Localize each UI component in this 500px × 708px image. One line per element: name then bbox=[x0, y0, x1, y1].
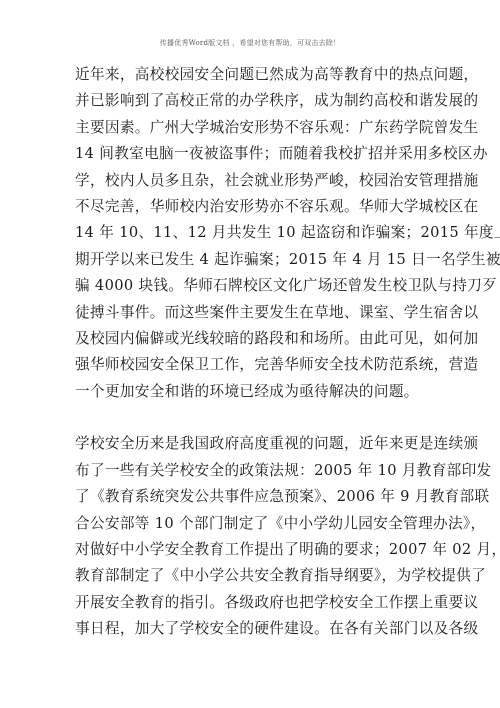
page-header-notice: 传播优秀Word版文档 ，希望对您有帮助，可双击去除！ bbox=[0, 38, 500, 48]
document-body: 近年来，高校校园安全问题已然成为高等教育中的热点问题， 并已影响到了高校正常的办… bbox=[75, 62, 431, 643]
text-line: 不尽完善，华师校内治安形势亦不容乐观。华师大学城校区在 bbox=[75, 194, 431, 220]
text-line: 14 间教室电脑一夜被盗事件；而随着我校扩招并采用多校区办 bbox=[75, 141, 431, 167]
text-line: 对做好中小学安全教育工作提出了明确的要求；2007 年 02 月， bbox=[75, 537, 431, 563]
text-line: 布了一些有关学校安全的政策法规：2005 年 10 月教育部印发 bbox=[75, 458, 431, 484]
paragraph-government-policies: 学校安全历来是我国政府高度重视的问题，近年来更是连续颁 布了一些有关学校安全的政… bbox=[75, 431, 431, 642]
text-line: 并已影响到了高校正常的办学秩序，成为制约高校和谐发展的 bbox=[75, 88, 431, 114]
text-line: 事日程，加大了学校安全的硬件建设。在各有关部门以及各级 bbox=[75, 616, 431, 642]
text-line: 合公安部等 10 个部门制定了《中小学幼儿园安全管理办法》， bbox=[75, 511, 431, 537]
paragraph-spacer bbox=[75, 405, 431, 431]
text-line: 近年来，高校校园安全问题已然成为高等教育中的热点问题， bbox=[75, 62, 431, 88]
text-line: 14 年 10、11、12 月共发生 10 起盗窃和诈骗案；2015 年度上学 bbox=[75, 220, 431, 246]
text-line: 主要因素。广州大学城治安形势不容乐观：广东药学院曾发生 bbox=[75, 115, 431, 141]
text-line: 强华师校园安全保卫工作，完善华师安全技术防范系统，营造 bbox=[75, 352, 431, 378]
text-line: 学校安全历来是我国政府高度重视的问题，近年来更是连续颁 bbox=[75, 431, 431, 457]
text-line: 开展安全教育的指引。各级政府也把学校安全工作摆上重要议 bbox=[75, 590, 431, 616]
text-line: 徒搏斗事件。而这些案件主要发生在草地、课室、学生宿舍以 bbox=[75, 300, 431, 326]
text-line: 教育部制定了《中小学公共安全教育指导纲要》，为学校提供了 bbox=[75, 563, 431, 589]
paragraph-campus-safety-issues: 近年来，高校校园安全问题已然成为高等教育中的热点问题， 并已影响到了高校正常的办… bbox=[75, 62, 431, 405]
text-line: 了《教育系统突发公共事件应急预案》、2006 年 9 月教育部联 bbox=[75, 484, 431, 510]
text-line: 学，校内人员多且杂，社会就业形势严峻，校园治安管理措施 bbox=[75, 168, 431, 194]
text-line: 一个更加安全和谐的环境已经成为亟待解决的问题。 bbox=[75, 379, 431, 405]
text-line: 及校园内偏僻或光线较暗的路段和和场所。由此可见，如何加 bbox=[75, 326, 431, 352]
text-line: 骗 4000 块钱。华师石牌校区文化广场还曾发生校卫队与持刀歹 bbox=[75, 273, 431, 299]
text-line: 期开学以来已发生 4 起诈骗案；2015 年 4 月 15 日一名学生被 bbox=[75, 247, 431, 273]
